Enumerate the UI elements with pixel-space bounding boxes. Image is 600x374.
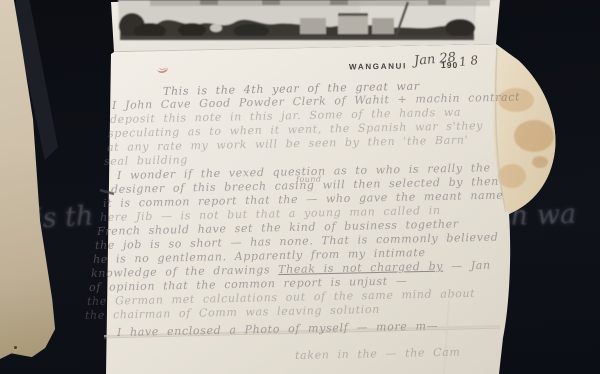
handwriting-line: seal building [104, 153, 188, 168]
date-year-suffix: 1 8 [458, 53, 478, 69]
underline-post: — Jan [443, 259, 491, 273]
date-printed-year: 190 [441, 60, 458, 70]
place-label: WANGANUI [349, 61, 407, 71]
letterhead-photo [118, 0, 490, 40]
video-frame: is th sh wa [0, 0, 600, 374]
letterhead-top-fold [111, 0, 500, 52]
